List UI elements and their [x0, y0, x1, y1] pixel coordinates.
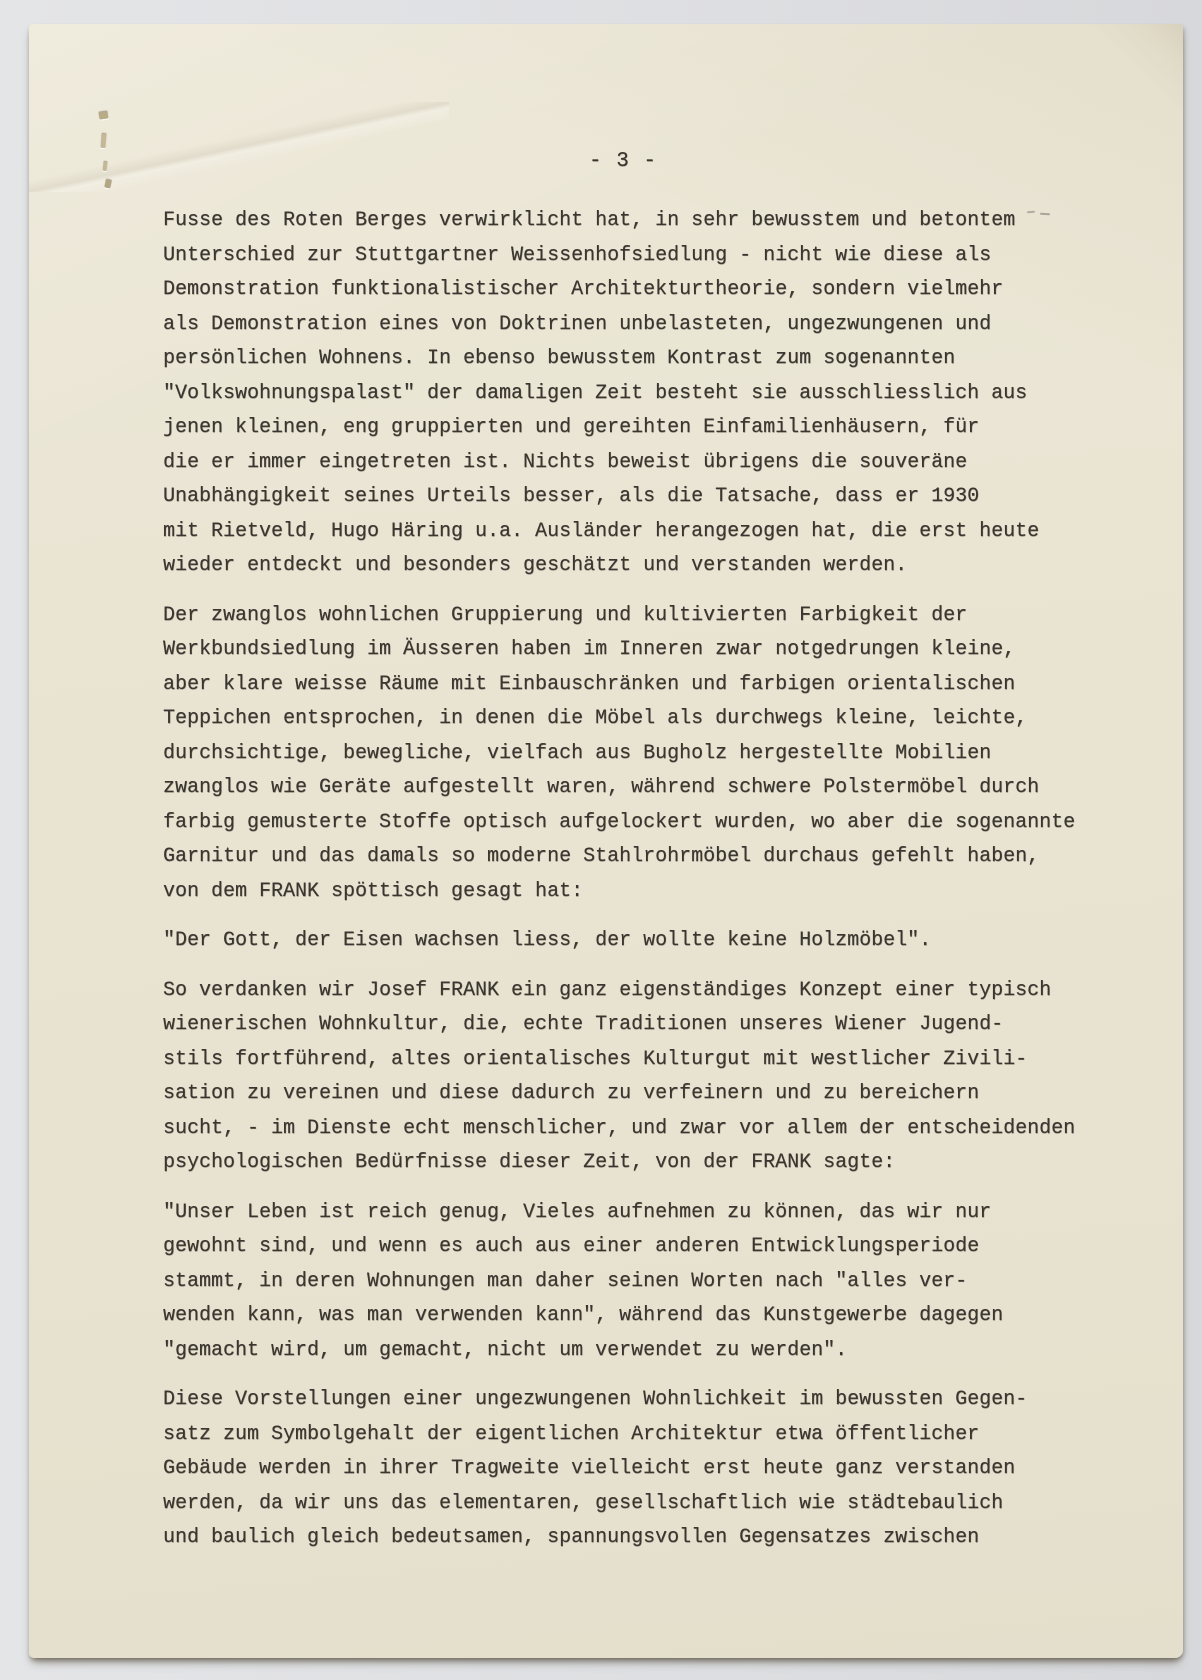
- text-line: stils fortführend, altes orientalisches …: [163, 1043, 1123, 1078]
- staple-hole-icon: [101, 134, 107, 148]
- paragraph: Fusse des Roten Berges verwirklicht hat,…: [163, 204, 1123, 584]
- text-line: wenden kann, was man verwenden kann", wä…: [163, 1299, 1123, 1334]
- text-line: von dem FRANK spöttisch gesagt hat:: [163, 875, 1123, 910]
- text-line: Demonstration funktionalistischer Archit…: [163, 273, 1123, 308]
- text-line: sucht, - im Dienste echt menschlicher, u…: [163, 1112, 1123, 1147]
- text-line: aber klare weisse Räume mit Einbauschrän…: [163, 668, 1123, 703]
- text-line: psychologischen Bedürfnisse dieser Zeit,…: [163, 1146, 1123, 1181]
- staple-hole-icon: [104, 179, 112, 188]
- text-line: wienerischen Wohnkultur, die, echte Trad…: [163, 1008, 1123, 1043]
- text-line: So verdanken wir Josef FRANK ein ganz ei…: [163, 974, 1123, 1009]
- paper-sheet: - 3 - Fusse des Roten Berges verwirklich…: [29, 24, 1183, 1658]
- text-line: farbig gemusterte Stoffe optisch aufgelo…: [163, 806, 1123, 841]
- text-line: Teppichen entsprochen, in denen die Möbe…: [163, 702, 1123, 737]
- paragraph: Der zwanglos wohnlichen Gruppierung und …: [163, 599, 1123, 910]
- text-line: Der zwanglos wohnlichen Gruppierung und …: [163, 599, 1123, 634]
- text-line: Unterschied zur Stuttgartner Weissenhofs…: [163, 239, 1123, 274]
- text-line: Unabhängigkeit seines Urteils besser, al…: [163, 480, 1123, 515]
- text-line: und baulich gleich bedeutsamen, spannung…: [163, 1521, 1123, 1556]
- text-line: werden, da wir uns das elementaren, gese…: [163, 1487, 1123, 1522]
- text-line: "Unser Leben ist reich genug, Vieles auf…: [163, 1196, 1123, 1231]
- paragraph: "Unser Leben ist reich genug, Vieles auf…: [163, 1196, 1123, 1369]
- text-line: Garnitur und das damals so moderne Stahl…: [163, 840, 1123, 875]
- text-line: Fusse des Roten Berges verwirklicht hat,…: [163, 204, 1123, 239]
- text-line: jenen kleinen, eng gruppierten und gerei…: [163, 411, 1123, 446]
- corner-fold: [1063, 24, 1183, 144]
- paragraph: "Der Gott, der Eisen wachsen liess, der …: [163, 924, 1123, 959]
- text-line: mit Rietveld, Hugo Häring u.a. Ausländer…: [163, 515, 1123, 550]
- text-line: durchsichtige, bewegliche, vielfach aus …: [163, 737, 1123, 772]
- page-number: - 3 -: [163, 150, 1083, 173]
- scanned-document-background: { "page": { "number": "- 3 -", "colors":…: [0, 0, 1202, 1680]
- text-line: Gebäude werden in ihrer Tragweite vielle…: [163, 1452, 1123, 1487]
- text-line: stammt, in deren Wohnungen man daher sei…: [163, 1265, 1123, 1300]
- document-body: Fusse des Roten Berges verwirklicht hat,…: [163, 204, 1123, 1571]
- text-line: Werkbundsiedlung im Äusseren haben im In…: [163, 633, 1123, 668]
- text-line: satz zum Symbolgehalt der eigentlichen A…: [163, 1418, 1123, 1453]
- text-line: "Volkswohnungspalast" der damaligen Zeit…: [163, 377, 1123, 412]
- text-line: sation zu vereinen und diese dadurch zu …: [163, 1077, 1123, 1112]
- text-line: persönlichen Wohnens. In ebenso bewusste…: [163, 342, 1123, 377]
- text-line: Diese Vorstellungen einer ungezwungenen …: [163, 1383, 1123, 1418]
- paragraph: Diese Vorstellungen einer ungezwungenen …: [163, 1383, 1123, 1556]
- text-line: "gemacht wird, um gemacht, nicht um verw…: [163, 1334, 1123, 1369]
- staple-hole-icon: [99, 111, 109, 119]
- text-line: zwanglos wie Geräte aufgestellt waren, w…: [163, 771, 1123, 806]
- text-line: gewohnt sind, und wenn es auch aus einer…: [163, 1230, 1123, 1265]
- paragraph: So verdanken wir Josef FRANK ein ganz ei…: [163, 974, 1123, 1181]
- paper-crease: [29, 102, 449, 192]
- staple-hole-icon: [103, 162, 108, 171]
- text-line: die er immer eingetreten ist. Nichts bew…: [163, 446, 1123, 481]
- text-line: als Demonstration eines von Doktrinen un…: [163, 308, 1123, 343]
- text-line: wieder entdeckt und besonders geschätzt …: [163, 549, 1123, 584]
- text-line: "Der Gott, der Eisen wachsen liess, der …: [163, 924, 1123, 959]
- staple-marks: [95, 110, 119, 200]
